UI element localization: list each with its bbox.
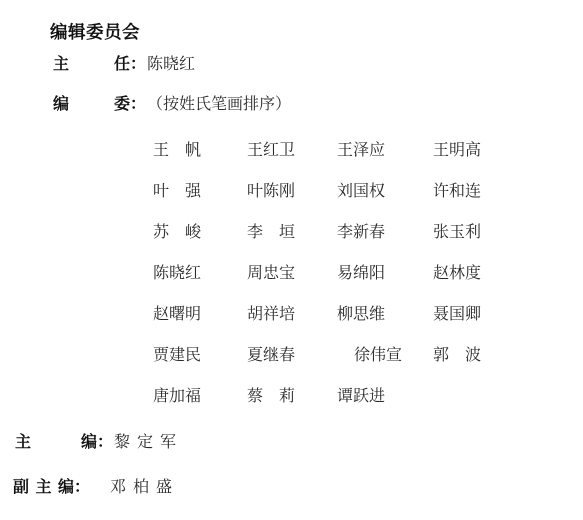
committee-member: 苏 峻 xyxy=(153,223,247,264)
committee-member: 王 帆 xyxy=(153,141,247,182)
field-chief-editor-label: 主 编： xyxy=(15,432,113,454)
committee-member: 聂国卿 xyxy=(433,305,481,346)
empty-cell xyxy=(433,387,481,428)
committee-member: 陈晓红 xyxy=(153,264,247,305)
label-char: 副 xyxy=(13,477,29,499)
committee-member: 赵林度 xyxy=(433,264,481,305)
committee-member: 柳思维 xyxy=(337,305,433,346)
field-editorial-board-note: （按姓氏笔画排序） xyxy=(147,94,291,116)
committee-member: 易绵阳 xyxy=(337,264,433,305)
committee-member: 李新春 xyxy=(337,223,433,264)
field-deputy-chief-editor-value: 邓柏盛 xyxy=(110,477,179,499)
field-chief-editor-value: 黎定军 xyxy=(114,432,183,454)
committee-member: 唐加福 xyxy=(153,387,247,428)
committee-member: 王明高 xyxy=(433,141,481,182)
field-editorial-board: 编 委： （按姓氏笔画排序） xyxy=(53,94,291,116)
label-char: 主 xyxy=(15,432,31,454)
label-char: 主 xyxy=(35,477,51,499)
committee-member: 叶 强 xyxy=(153,182,247,223)
committee-member: 谭跃进 xyxy=(337,387,433,428)
committee-member: 徐伟宣 xyxy=(337,346,433,387)
committee-member: 李 垣 xyxy=(247,223,337,264)
committee-member: 张玉利 xyxy=(433,223,481,264)
committee-member: 叶陈刚 xyxy=(247,182,337,223)
field-chief-director-value: 陈晓红 xyxy=(147,54,195,76)
committee-member: 胡祥培 xyxy=(247,305,337,346)
field-deputy-chief-editor: 副 主 编： 邓柏盛 xyxy=(13,477,179,499)
committee-member-grid: 王 帆 王红卫 王泽应 王明高 叶 强 叶陈刚 刘国权 许和连 苏 峻 李 垣 … xyxy=(153,141,481,428)
field-chief-editor: 主 编： 黎定军 xyxy=(15,432,183,454)
label-char: 编 xyxy=(53,94,69,116)
field-editorial-board-label: 编 委： xyxy=(53,94,146,116)
field-deputy-chief-editor-label: 副 主 编： xyxy=(13,477,90,499)
label-char: 编： xyxy=(58,477,90,499)
label-char: 委： xyxy=(114,94,146,116)
label-char: 编： xyxy=(81,432,113,454)
field-chief-director-label: 主 任： xyxy=(53,54,146,76)
page-title: 编辑委员会 xyxy=(50,22,140,42)
committee-member: 王红卫 xyxy=(247,141,337,182)
field-chief-director: 主 任： 陈晓红 xyxy=(53,54,195,76)
committee-member: 夏继春 xyxy=(247,346,337,387)
committee-member: 赵曙明 xyxy=(153,305,247,346)
label-char: 主 xyxy=(53,54,69,76)
committee-member: 许和连 xyxy=(433,182,481,223)
document-page: 编辑委员会 主 任： 陈晓红 编 委： （按姓氏笔画排序） 王 帆 王红卫 王泽… xyxy=(0,0,583,520)
committee-member: 刘国权 xyxy=(337,182,433,223)
committee-member: 郭 波 xyxy=(433,346,481,387)
committee-member: 周忠宝 xyxy=(247,264,337,305)
committee-member: 蔡 莉 xyxy=(247,387,337,428)
committee-member: 王泽应 xyxy=(337,141,433,182)
label-char: 任： xyxy=(114,54,146,76)
committee-member: 贾建民 xyxy=(153,346,247,387)
